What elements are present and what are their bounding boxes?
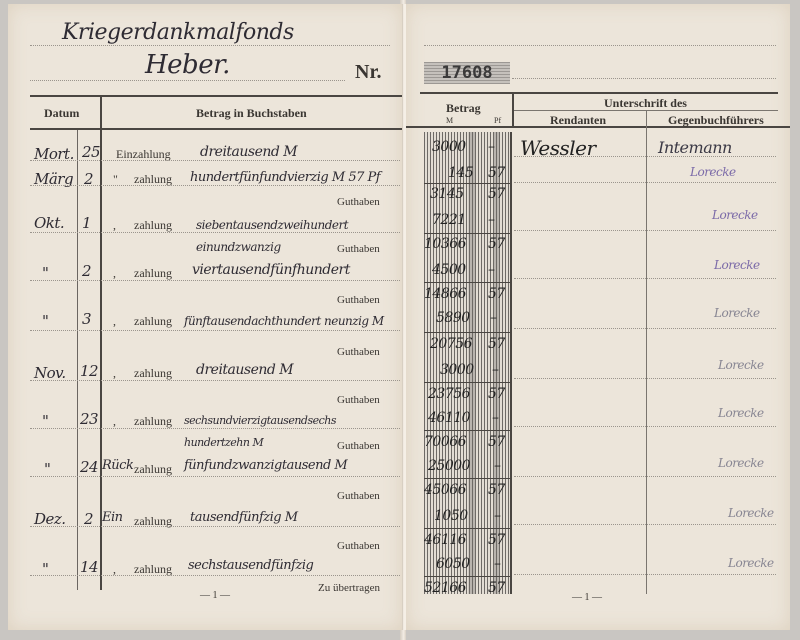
gegen-signature: Intemann (658, 138, 732, 157)
row-dotline (30, 330, 400, 331)
row-balance-label: Guthaben (337, 243, 380, 255)
row-amount-pf: 57 (488, 532, 505, 548)
row-balance-label: Guthaben (337, 440, 380, 452)
row-prefix: , (113, 414, 116, 429)
row-amount-pf: 57 (488, 434, 505, 450)
row-dotline (514, 278, 776, 279)
row-amount-pf: 57 (488, 286, 505, 302)
row-balance-label: Guthaben (337, 540, 380, 552)
row-prefix: Rück (102, 458, 133, 473)
row-day: 12 (80, 362, 98, 380)
row-dotline (514, 328, 776, 329)
row-balance-label: Guthaben (337, 196, 380, 208)
row-dotline (30, 476, 400, 477)
grid-rule (424, 528, 512, 529)
row-amount-pf: 57 (488, 386, 505, 402)
page-number-left: — 1 — (200, 590, 230, 601)
row-kind: zahlung (134, 266, 172, 281)
row-amount-m: 14866 (424, 286, 466, 302)
row-amount-m: 7221 (432, 212, 466, 228)
row-balance-label: Guthaben (337, 294, 380, 306)
right-header-top-rule (420, 92, 778, 94)
fund-title: Kriegerdankmalfonds (62, 20, 294, 45)
row-amount-m: 3000 (440, 362, 474, 378)
header-betrag: Betrag (446, 101, 481, 116)
row-balance-label: Guthaben (337, 394, 380, 406)
grid-rule (424, 332, 512, 333)
row-kind: zahlung (134, 366, 172, 381)
title-dotline (30, 45, 390, 46)
row-month: " (42, 312, 48, 330)
grid-rule (424, 183, 512, 184)
row-prefix: , (113, 366, 116, 381)
row-balance-label: Guthaben (337, 346, 380, 358)
row-amount-m: 23756 (428, 386, 470, 402)
row-words: fünfundzwanzigtausend M (184, 458, 347, 473)
row-dotline (514, 574, 776, 575)
row-amount-m: 145 (448, 165, 473, 181)
row-dotline (514, 476, 776, 477)
gegen-signature: Lorecke (718, 406, 764, 420)
gegen-signature: Lorecke (718, 456, 764, 470)
row-words: dreitausend M (196, 362, 293, 378)
row-prefix: , (113, 218, 116, 233)
row-day: 3 (82, 310, 91, 328)
row-dotline (30, 526, 400, 527)
row-amount-m: 25000 (428, 458, 470, 474)
gegen-signature: Lorecke (714, 306, 760, 320)
row-dotline (30, 575, 400, 576)
row-amount-m: 45066 (424, 482, 466, 498)
row-dotline (514, 524, 776, 525)
header-bottom-rule (30, 128, 402, 130)
grid-rule (424, 382, 512, 383)
row-amount-m: 70066 (424, 434, 466, 450)
header-unterschrift: Unterschrift des (604, 96, 687, 111)
grid-rule (424, 430, 512, 431)
row-amount-m: 46116 (424, 532, 466, 548)
carry-forward-amount-pf: 57 (488, 580, 505, 596)
row-balance-label: Guthaben (337, 490, 380, 502)
row-day: 23 (80, 410, 98, 428)
day-divider (77, 130, 78, 590)
gegen-signature: Lorecke (728, 556, 774, 570)
row-words: hundertfünfundvierzig M 57 Pf (190, 170, 380, 185)
row-amount-pf: – (490, 310, 497, 326)
row-amount-pf: – (494, 508, 501, 524)
row-amount-pf: – (494, 556, 501, 572)
header-pf: Pf (494, 116, 501, 125)
row-amount-m: 46110 (428, 410, 470, 426)
row-kind: zahlung (134, 314, 172, 329)
row-kind: zahlung (134, 462, 172, 477)
row-amount-m: 20756 (430, 336, 472, 352)
row-amount-pf: 57 (488, 165, 505, 181)
page-number-right: — 1 — (572, 592, 602, 603)
row-day: 24 (80, 458, 98, 476)
row-kind: zahlung (134, 218, 172, 233)
header-top-rule (30, 95, 402, 97)
row-dotline (30, 280, 400, 281)
row-prefix: , (113, 266, 116, 281)
row-amount-m: 6050 (436, 556, 470, 572)
row-dotline (30, 160, 400, 161)
nr-label: Nr. (355, 61, 381, 84)
row-amount-pf: – (492, 362, 499, 378)
row-day: 14 (80, 558, 98, 576)
row-dotline (30, 185, 400, 186)
right-dotline-1 (424, 45, 776, 46)
row-words: fünftausendachthundert neunzig M (184, 310, 384, 332)
row-dotline (30, 232, 400, 233)
row-words: sechstausendfünfzig (188, 558, 313, 573)
row-amount-pf: 57 (488, 336, 505, 352)
header-datum: Datum (44, 106, 79, 121)
row-kind: zahlung (134, 414, 172, 429)
header-gegenbuchfuehrer: Gegenbuchführers (668, 113, 764, 128)
gegen-signature: Lorecke (718, 358, 764, 372)
row-dotline (30, 428, 400, 429)
row-amount-pf: – (492, 410, 499, 426)
row-day: 25 (82, 143, 100, 161)
carry-forward-label: Zu übertragen (318, 582, 380, 594)
row-amount-m: 3000 (432, 139, 466, 155)
row-prefix: Ein (102, 510, 123, 525)
gegen-signature: Lorecke (690, 165, 736, 179)
row-amount-pf: 57 (488, 482, 505, 498)
row-amount-pf: – (494, 458, 501, 474)
header-betrag-buchstaben: Betrag in Buchstaben (196, 106, 307, 121)
grid-rule (424, 233, 512, 234)
row-words: dreitausend M (200, 144, 297, 160)
row-dotline (514, 230, 776, 231)
row-dotline (514, 378, 776, 379)
grid-rule (424, 576, 512, 577)
right-dotline-2 (512, 78, 776, 79)
header-mark: M (446, 116, 453, 125)
row-amount-pf: – (488, 212, 495, 228)
carry-forward-amount-m: 52166 (424, 580, 466, 596)
holder-name: Heber. (145, 50, 230, 80)
row-dotline (514, 182, 776, 183)
row-dotline (514, 156, 776, 157)
gegen-signature: Lorecke (728, 506, 774, 520)
row-day: 1 (82, 214, 91, 232)
row-words: viertausendfünfhundert (192, 262, 350, 278)
row-prefix: , (113, 314, 116, 329)
row-amount-pf: 57 (488, 236, 505, 252)
row-amount-m: 4500 (432, 262, 466, 278)
row-dotline (514, 426, 776, 427)
row-amount-m: 3145 (430, 186, 464, 202)
row-amount-m: 1050 (434, 508, 468, 524)
gegen-signature: Lorecke (714, 258, 760, 272)
row-words: tausendfünfzig M (190, 510, 298, 525)
row-amount-m: 10366 (424, 236, 466, 252)
header-rendanten: Rendanten (550, 113, 606, 128)
grid-rule (424, 282, 512, 283)
grid-rule (424, 478, 512, 479)
row-day: 2 (82, 262, 91, 280)
gegen-signature: Lorecke (712, 208, 758, 222)
row-amount-pf: 57 (488, 186, 505, 202)
account-number: 17608 (424, 62, 510, 84)
row-amount-pf: – (488, 139, 495, 155)
holder-dotline (30, 80, 345, 81)
row-amount-m: 5890 (436, 310, 470, 326)
row-amount-pf: – (488, 262, 495, 278)
row-dotline (30, 380, 400, 381)
row-month: Okt. (34, 214, 64, 232)
